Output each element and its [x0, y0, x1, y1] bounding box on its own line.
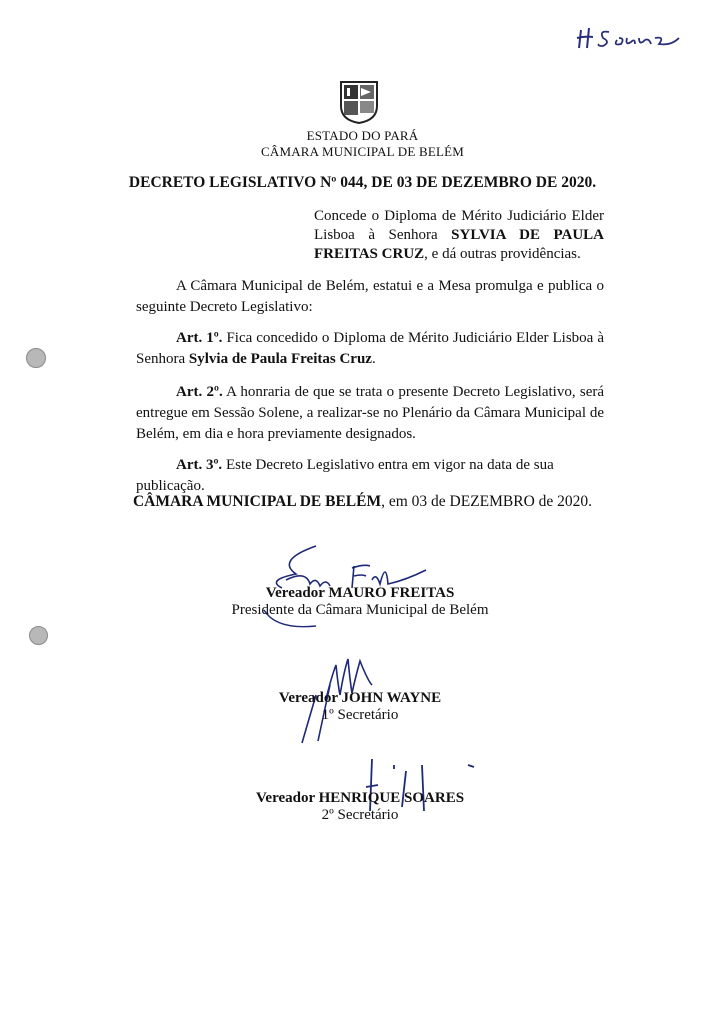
signatory-3-name: Vereador HENRIQUE SOARES — [190, 790, 530, 807]
article-2: Art. 2º. A honraria de que se trata o pr… — [136, 382, 604, 445]
signatory-2: Vereador JOHN WAYNE 1º Secretário — [200, 690, 520, 724]
preamble: A Câmara Municipal de Belém, estatui e a… — [136, 276, 604, 318]
chamber-header: CÂMARA MUNICIPAL DE BELÉM — [0, 144, 725, 160]
signatory-2-name: Vereador JOHN WAYNE — [200, 690, 520, 707]
signatory-1-name: Vereador MAURO FREITAS — [180, 585, 540, 602]
article-3: Art. 3º. Este Decreto Legislativo entra … — [136, 455, 604, 497]
punch-hole-top — [26, 348, 46, 368]
signatory-2-role: 1º Secretário — [200, 707, 520, 724]
coat-of-arms-icon — [339, 80, 379, 124]
punch-hole-bottom — [29, 626, 48, 645]
decree-title: DECRETO LEGISLATIVO Nº 044, DE 03 DE DEZ… — [0, 174, 725, 192]
decree-summary: Concede o Diploma de Mérito Judiciário E… — [314, 207, 604, 264]
signatory-1: Vereador MAURO FREITAS Presidente da Câm… — [180, 585, 540, 619]
article-1: Art. 1º. Fica concedido o Diploma de Mér… — [136, 328, 604, 370]
signatory-1-role: Presidente da Câmara Municipal de Belém — [180, 602, 540, 619]
state-header: ESTADO DO PARÁ — [0, 128, 725, 144]
signatory-3-role: 2º Secretário — [190, 807, 530, 824]
handwritten-initials-annotation — [575, 22, 695, 52]
closing-line: CÂMARA MUNICIPAL DE BELÉM, em 03 de DEZE… — [0, 493, 725, 511]
signatory-3: Vereador HENRIQUE SOARES 2º Secretário — [190, 790, 530, 824]
